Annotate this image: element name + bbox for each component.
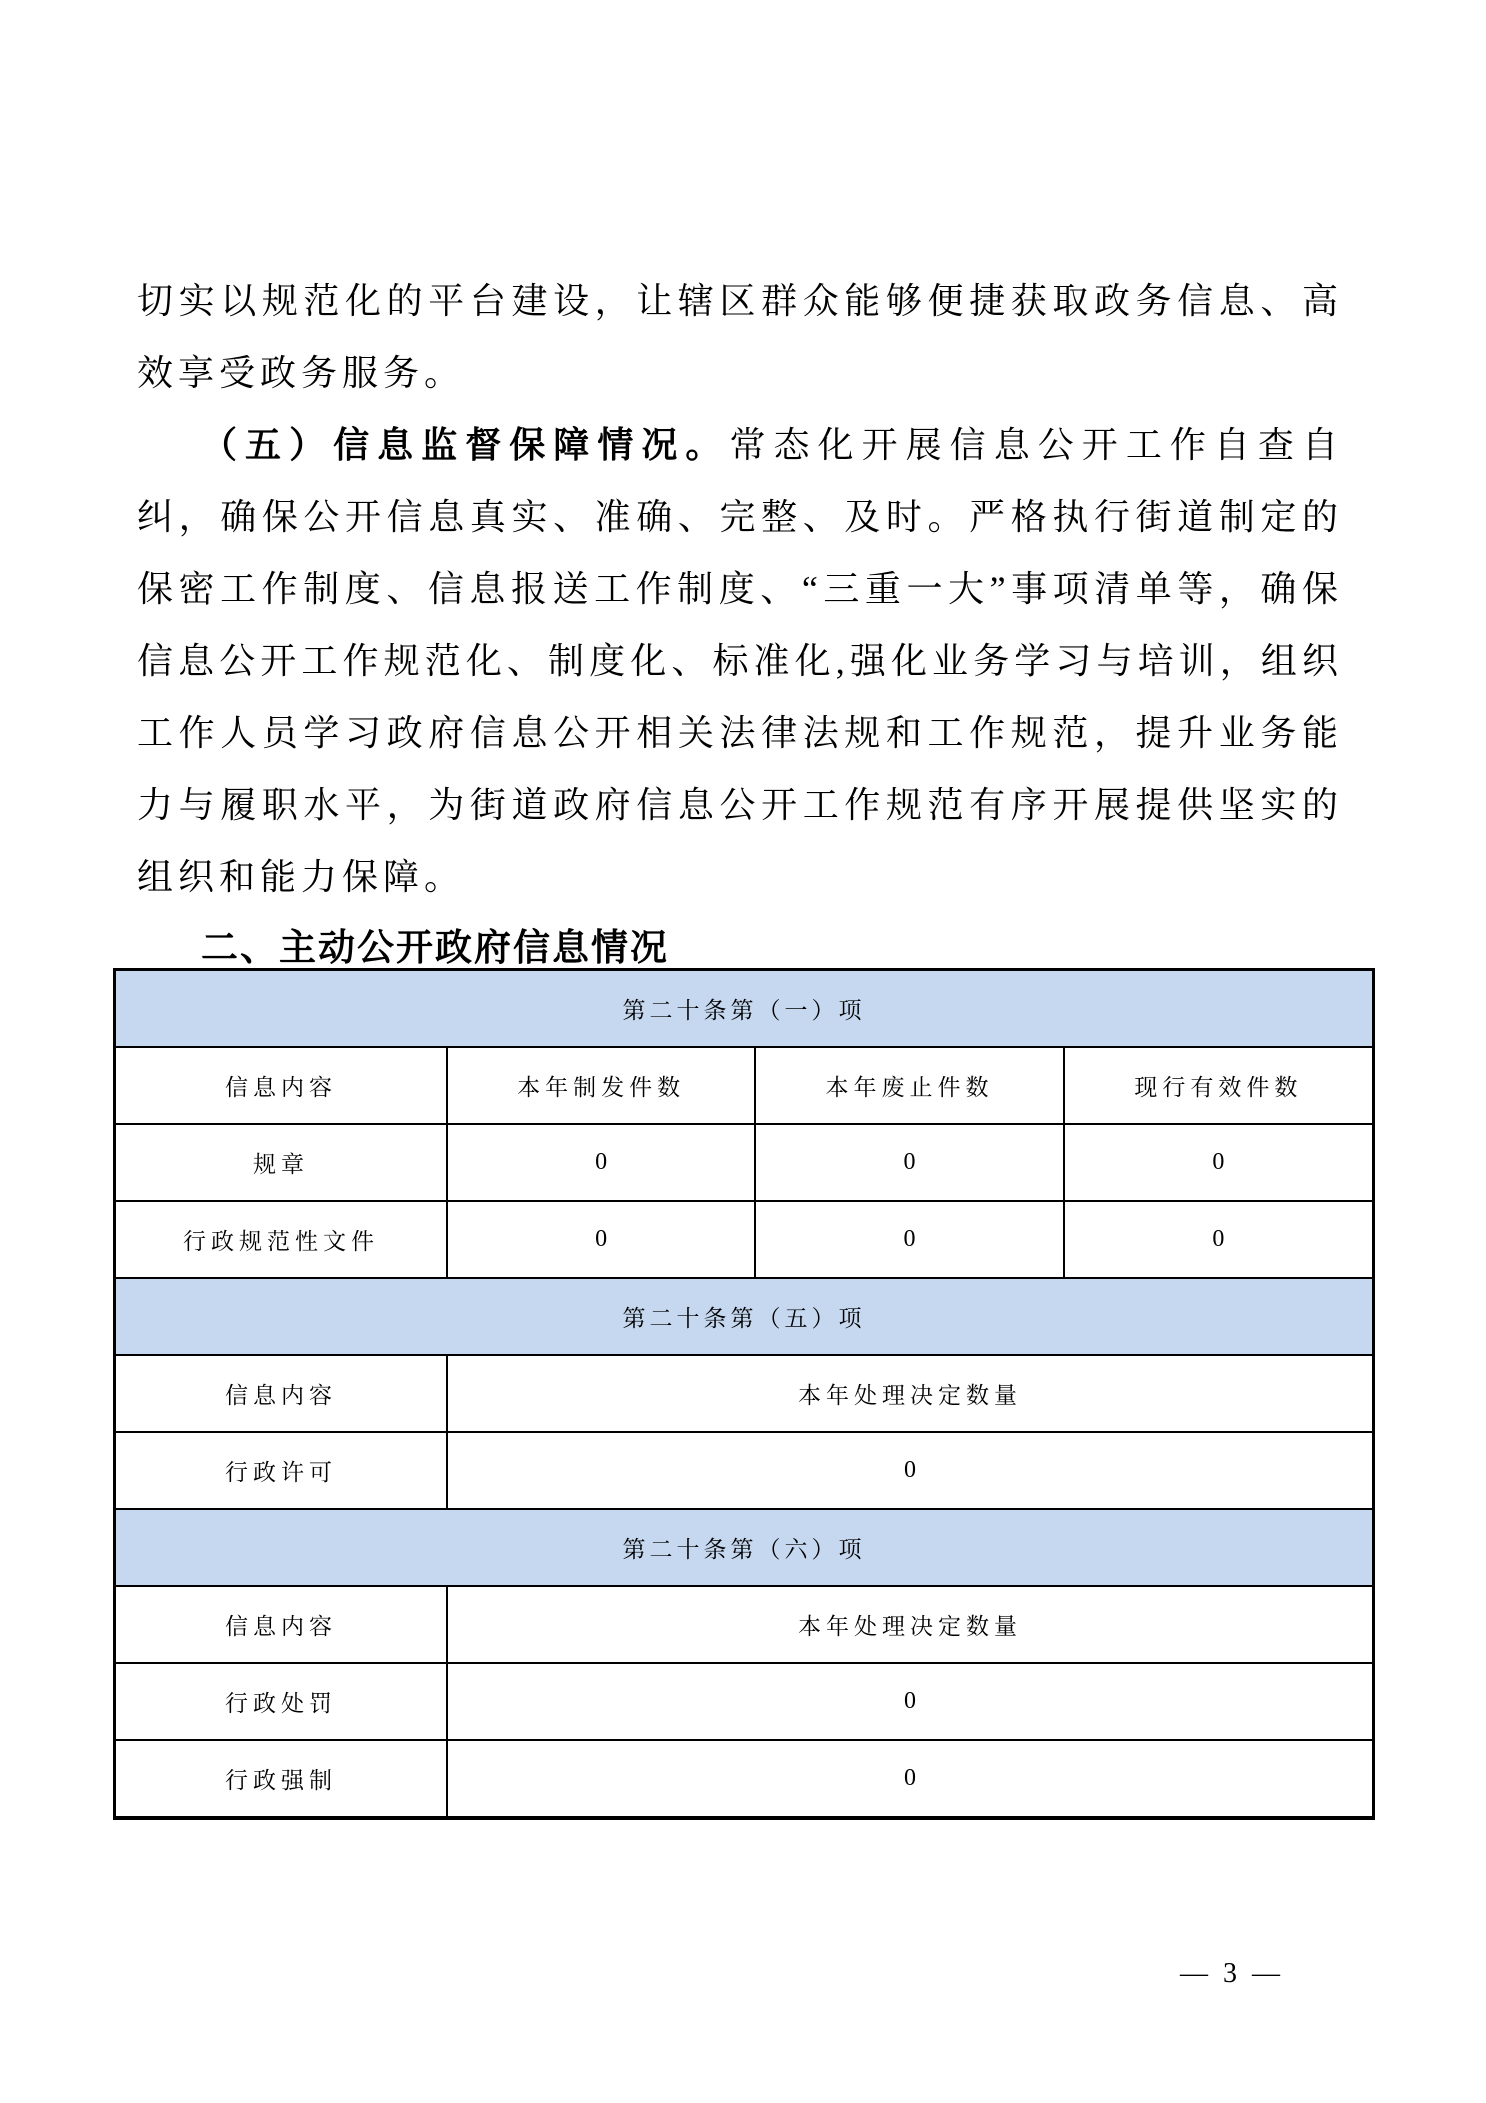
document-page: 切实以规范化的平台建设，让辖区群众能够便捷获取政务信息、高效享受政务服务。 （五…: [0, 0, 1486, 2103]
row-label-rules: 规章: [115, 1124, 447, 1201]
page-number: — 3 —: [1180, 1958, 1284, 1990]
table-row-administrative-licensing: 行政许可 0: [115, 1432, 1374, 1509]
header-row-section2: 信息内容 本年处理决定数量: [115, 1355, 1374, 1432]
section-heading-active-disclosure: 二、主动公开政府信息情况: [201, 923, 1343, 973]
table-row-administrative-compulsion: 行政强制 0: [115, 1740, 1374, 1818]
column-header-currently-effective: 现行有效件数: [1064, 1047, 1374, 1124]
cell-value: 0: [447, 1432, 1374, 1509]
row-label-administrative-compulsion: 行政强制: [115, 1740, 447, 1818]
header-row-section3: 信息内容 本年处理决定数量: [115, 1586, 1374, 1663]
disclosure-statistics-table: 第二十条第（一）项 信息内容 本年制发件数 本年废止件数 现行有效件数 规章 0…: [113, 968, 1375, 1820]
cell-value: 0: [447, 1201, 755, 1278]
band-row-article20-item6: 第二十条第（六）项: [115, 1509, 1374, 1586]
cell-value: 0: [1064, 1201, 1374, 1278]
cell-value: 0: [755, 1124, 1063, 1201]
continuation-paragraph-text: 切实以规范化的平台建设，让辖区群众能够便捷获取政务信息、高效享受政务服务。: [137, 281, 1343, 393]
body-text-column: 切实以规范化的平台建设，让辖区群众能够便捷获取政务信息、高效享受政务服务。 （五…: [137, 265, 1343, 973]
row-label-normative-documents: 行政规范性文件: [115, 1201, 447, 1278]
band-title-article20-item5: 第二十条第（五）项: [115, 1278, 1374, 1355]
cell-value: 0: [447, 1663, 1374, 1740]
cell-value: 0: [755, 1201, 1063, 1278]
cell-value: 0: [447, 1124, 755, 1201]
band-title-article20-item1: 第二十条第（一）项: [115, 970, 1374, 1048]
column-header-repealed-this-year: 本年废止件数: [755, 1047, 1063, 1124]
row-label-administrative-penalty: 行政处罚: [115, 1663, 447, 1740]
band-title-article20-item6: 第二十条第（六）项: [115, 1509, 1374, 1586]
table-row-administrative-penalty: 行政处罚 0: [115, 1663, 1374, 1740]
column-header-info-content: 信息内容: [115, 1355, 447, 1432]
paragraph-five-bold-lead: （五）信息监督保障情况。: [201, 425, 729, 465]
table-row-normative-documents: 行政规范性文件 0 0 0: [115, 1201, 1374, 1278]
cell-value: 0: [447, 1740, 1374, 1818]
column-header-issued-this-year: 本年制发件数: [447, 1047, 755, 1124]
table-row-rules: 规章 0 0 0: [115, 1124, 1374, 1201]
column-header-decisions-this-year: 本年处理决定数量: [447, 1586, 1374, 1663]
band-row-article20-item5: 第二十条第（五）项: [115, 1278, 1374, 1355]
continuation-paragraph: 切实以规范化的平台建设，让辖区群众能够便捷获取政务信息、高效享受政务服务。: [137, 265, 1343, 409]
column-header-decisions-this-year: 本年处理决定数量: [447, 1355, 1374, 1432]
column-header-info-content: 信息内容: [115, 1586, 447, 1663]
band-row-article20-item1: 第二十条第（一）项: [115, 970, 1374, 1048]
paragraph-five: （五）信息监督保障情况。常态化开展信息公开工作自查自纠，确保公开信息真实、准确、…: [137, 409, 1343, 913]
paragraph-five-text: 常态化开展信息公开工作自查自纠，确保公开信息真实、准确、完整、及时。严格执行街道…: [137, 425, 1343, 897]
cell-value: 0: [1064, 1124, 1374, 1201]
header-row-section1: 信息内容 本年制发件数 本年废止件数 现行有效件数: [115, 1047, 1374, 1124]
column-header-info-content: 信息内容: [115, 1047, 447, 1124]
row-label-administrative-licensing: 行政许可: [115, 1432, 447, 1509]
